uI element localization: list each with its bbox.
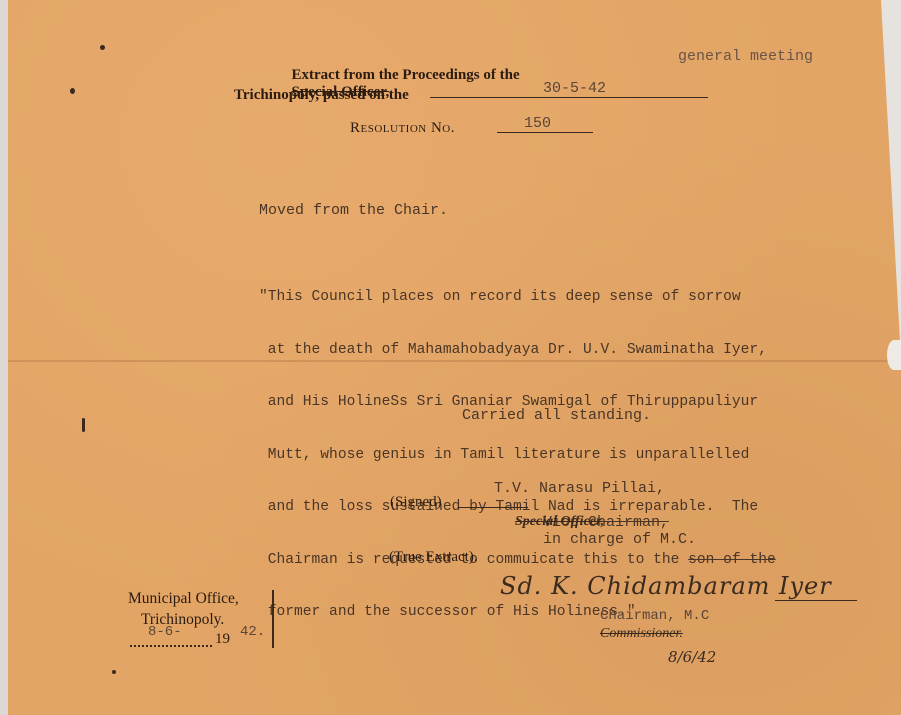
resolution-underline [497, 132, 593, 133]
struck-commissioner: Commissioner. [600, 626, 683, 642]
office-year-prefix: 19 [215, 631, 230, 648]
resolution-line: at the death of Mahamahobadyaya Dr. U.V.… [259, 342, 776, 360]
header-line-2: Trichinopoly, passed on the [234, 87, 409, 104]
signature-flourish [775, 600, 857, 601]
resolution-label: Resolution No. [350, 120, 455, 137]
signed-underline [458, 507, 528, 508]
resolution-line: "This Council places on record its deep … [259, 289, 776, 307]
signed-label: (Signed) [390, 494, 442, 511]
resolution-line: Mutt, whose genius in Tamil literature i… [259, 447, 776, 465]
paper-tear-notch [887, 340, 901, 370]
handwritten-initials-date: 8/6/42 [668, 648, 716, 666]
true-extract-label: (True Extract). [389, 549, 478, 566]
in-charge-of-mc: in charge of M.C. [543, 531, 696, 548]
office-bracket [272, 590, 274, 648]
resolution-line: Chairman is requested to commuicate this… [259, 552, 776, 570]
office-line-1: Municipal Office, [128, 590, 239, 608]
typed-general-meeting: general meeting [678, 48, 813, 65]
carried-all-standing: Carried all standing. [462, 407, 651, 424]
moved-from-chair: Moved from the Chair. [259, 202, 448, 219]
paper-speck [70, 88, 75, 94]
date-underline [430, 97, 708, 98]
passed-date: 30-5-42 [543, 80, 606, 97]
struck-son-of-the: son of the [688, 552, 776, 568]
office-date-dotted-line [130, 645, 212, 647]
office-date-typed: 8-6- [148, 624, 182, 640]
struck-special-officer-2: Special Officer, [515, 514, 604, 530]
chairman-mc: Chairman, M.C [600, 608, 709, 624]
paper-speck [82, 418, 85, 432]
handwritten-signature: Sd. K. Chidambaram Iyer [500, 572, 832, 600]
header-prefix: Extract from the Proceedings of the [292, 67, 520, 83]
office-year-suffix: 42. [240, 624, 265, 640]
paper-speck [112, 670, 116, 674]
paper-speck [100, 45, 105, 50]
signatory-name: T.V. Narasu Pillai, [494, 480, 665, 497]
resolution-number: 150 [524, 115, 551, 132]
